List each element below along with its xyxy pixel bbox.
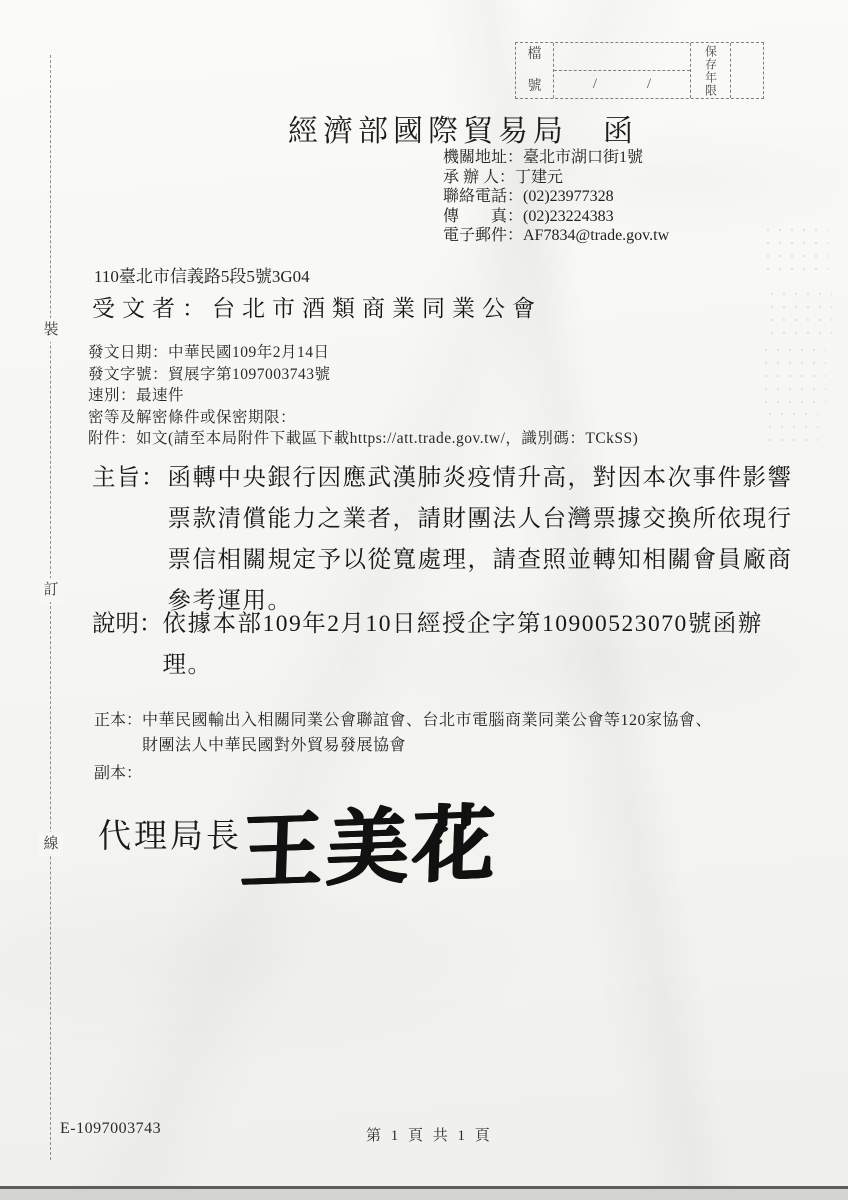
attachment-line: 附件：如文(請至本局附件下載區下載https://att.trade.gov.t… [88,428,638,450]
issue-date-line: 發文日期：中華民國109年2月14日 [88,342,638,364]
agency-contact-block: 機關地址：臺北市湖口街1號 承 辦 人：丁建元 聯絡電話：(02)2397732… [443,148,669,246]
subject-line: 函轉中央銀行因應武漢肺炎疫情升高，對因本次事件影響 [168,458,793,499]
file-number-label: 檔 號 [516,43,553,98]
retention-period-field [730,43,763,98]
scan-bottom-margin [0,1189,848,1200]
scanned-official-letter: 裝 訂 線 檔 號 / / 保存年限 經濟部國際貿易局 函 機關地址：臺北市湖口… [0,0,848,1200]
file-label-bottom: 號 [528,79,542,94]
contact-address-line: 機關地址：臺北市湖口街1號 [443,148,669,168]
file-number-field: / / [553,43,690,98]
footer-page-number: 第 1 頁 共 1 頁 [366,1124,493,1145]
embossed-dots [764,348,826,403]
description-line: 理。 [163,645,763,686]
original-copies-label: 正本： [94,708,142,758]
document-title: 經濟部國際貿易局 函 [288,106,648,150]
subject-body: 函轉中央銀行因應武漢肺炎疫情升高，對因本次事件影響 票款清償能力之業者，請財團法… [168,458,793,622]
margin-mark-xian: 線 [39,832,63,856]
file-slash-1: / [593,76,597,93]
original-copies-line: 財團法人中華民國對外貿易發展協會 [142,733,712,758]
signer-signature: 王美花 [238,777,532,904]
subject-label: 主旨： [92,458,166,622]
file-slash-2: / [647,76,651,93]
file-label-top: 檔 [528,47,542,62]
retention-period-label: 保存年限 [690,43,730,98]
embossed-dots [766,228,828,278]
subject-line: 票信相關規定予以從寬處理，請查照並轉知相關會員廠商 [168,540,793,581]
original-copies-section: 正本： 中華民國輸出入相關同業公會聯誼會、台北市電腦商業同業公會等120家協會、… [94,708,712,758]
original-copies-body: 中華民國輸出入相關同業公會聯誼會、台北市電腦商業同業公會等120家協會、 財團法… [142,708,712,758]
description-label: 說明： [92,604,163,686]
original-copies-line: 中華民國輸出入相關同業公會聯誼會、台北市電腦商業同業公會等120家協會、 [142,708,712,733]
document-meta-block: 發文日期：中華民國109年2月14日 發文字號：貿展字第1097003743號 … [88,342,638,450]
description-section: 說明： 依據本部109年2月10日經授企字第10900523070號函辦 理。 [92,604,763,686]
binding-margin-line [50,55,51,1160]
recipient-zip-address: 110臺北市信義路5段5號3G04 [94,262,310,287]
footer-document-number: E-1097003743 [60,1120,161,1138]
file-number-field-bottom: / / [554,71,690,98]
contact-fax-line: 傳 真：(02)23224383 [443,207,669,227]
subject-line: 票款清償能力之業者，請財團法人台灣票據交換所依現行 [168,499,793,540]
margin-mark-ding: 訂 [39,578,63,602]
embossed-dots [770,292,832,342]
file-number-box: 檔 號 / / 保存年限 [515,42,764,99]
subject-section: 主旨： 函轉中央銀行因應武漢肺炎疫情升高，對因本次事件影響 票款清償能力之業者，… [92,458,793,622]
classification-line: 密等及解密條件或保密期限： [88,407,638,429]
description-body: 依據本部109年2月10日經授企字第10900523070號函辦 理。 [163,604,763,686]
contact-email-line: 電子郵件：AF7834@trade.gov.tw [443,226,669,246]
contact-officer-line: 承 辦 人：丁建元 [443,168,669,188]
priority-line: 速別：最速件 [88,385,638,407]
signer-title: 代理局長 [98,810,242,857]
recipient-line: 受文者：台北市酒類商業同業公會 [92,290,542,323]
description-line: 依據本部109年2月10日經授企字第10900523070號函辦 [163,604,763,645]
contact-phone-line: 聯絡電話：(02)23977328 [443,187,669,207]
cc-copies-label: 副本： [94,760,142,783]
margin-mark-zhuang: 裝 [39,318,63,342]
file-number-field-top [554,43,690,71]
embossed-dots [768,412,818,452]
doc-number-line: 發文字號：貿展字第1097003743號 [88,364,638,386]
